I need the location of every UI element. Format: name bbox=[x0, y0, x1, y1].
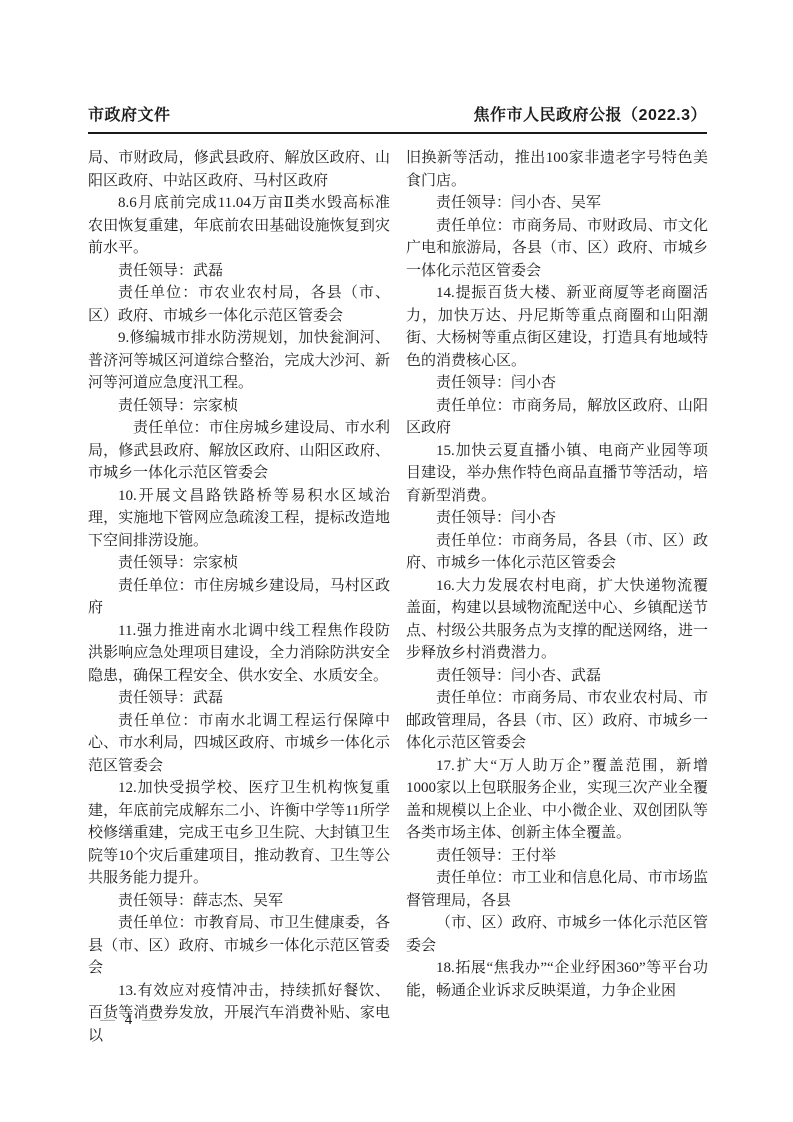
page-number-right-dash: — bbox=[142, 1012, 157, 1028]
paragraph: 责任单位：市教育局、市卫生健康委，各县（市、区）政府、市城乡一体化示范区管委会 bbox=[88, 912, 390, 980]
paragraph: 10.开展文昌路铁路桥等易积水区域治理，实施地下管网应急疏浚工程，提标改造地下空… bbox=[88, 485, 390, 553]
paragraph: 责任领导：闫小杏、吴军 bbox=[406, 192, 708, 215]
page-header: 市政府文件 焦作市人民政府公报（2022.3） bbox=[88, 102, 707, 134]
page-number-left-dash: — bbox=[100, 1012, 115, 1028]
paragraph: 责任单位：市住房城乡建设局，马村区政府 bbox=[88, 575, 390, 620]
paragraph: 18.拓展“焦我办”“企业纾困360”等平台功能，畅通企业诉求反映渠道，力争企业… bbox=[406, 957, 708, 1002]
paragraph: 责任领导：闫小杏、武磊 bbox=[406, 665, 708, 688]
paragraph: 14.提振百货大楼、新亚商厦等老商圈活力，加快万达、丹尼斯等重点商圈和山阳潮街、… bbox=[406, 282, 708, 372]
paragraph: 责任领导：宗家桢 bbox=[88, 395, 390, 418]
paragraph: 局、市财政局，修武县政府、解放区政府、山阳区政府、中站区政府、马村区政府 bbox=[88, 147, 390, 192]
paragraph: 责任领导：王付举 bbox=[406, 845, 708, 868]
paragraph: 9.修编城市排水防涝规划，加快瓮涧河、普济河等城区河道综合整治，完成大沙河、新河… bbox=[88, 327, 390, 395]
paragraph: 责任单位：市住房城乡建设局、市水利局，修武县政府、解放区政府、山阳区政府、市城乡… bbox=[88, 417, 390, 485]
document-body: 局、市财政局，修武县政府、解放区政府、山阳区政府、中站区政府、马村区政府8.6月… bbox=[88, 147, 708, 1047]
paragraph: 8.6月底前完成11.04万亩Ⅱ类水毁高标准农田恢复重建，年底前农田基础设施恢复… bbox=[88, 192, 390, 260]
paragraph: 责任单位：市商务局、市农业农村局、市邮政管理局，各县（市、区）政府、市城乡一体化… bbox=[406, 687, 708, 755]
paragraph: 责任领导：薛志杰、吴军 bbox=[88, 890, 390, 913]
paragraph: 责任单位：市南水北调工程运行保障中心、市水利局，四城区政府、市城乡一体化示范区管… bbox=[88, 710, 390, 778]
header-right-title: 焦作市人民政府公报（2022.3） bbox=[474, 102, 707, 125]
paragraph: （市、区）政府、市城乡一体化示范区管委会 bbox=[406, 912, 708, 957]
right-column: 旧换新等活动，推出100家非遗老字号特色美食门店。责任领导：闫小杏、吴军责任单位… bbox=[406, 147, 708, 1047]
paragraph: 责任单位：市工业和信息化局、市市场监督管理局，各县 bbox=[406, 867, 708, 912]
paragraph: 15.加快云夏直播小镇、电商产业园等项目建设，举办焦作特色商品直播节等活动，培育… bbox=[406, 440, 708, 508]
paragraph: 责任领导：闫小杏 bbox=[406, 372, 708, 395]
paragraph: 责任单位：市商务局，各县（市、区）政府、市城乡一体化示范区管委会 bbox=[406, 530, 708, 575]
page-number: — 4 — bbox=[100, 1009, 157, 1031]
paragraph: 11.强力推进南水北调中线工程焦作段防洪影响应急处理项目建设，全力消除防洪安全隐… bbox=[88, 620, 390, 688]
paragraph: 责任领导：宗家桢 bbox=[88, 552, 390, 575]
paragraph: 16.大力发展农村电商，扩大快递物流覆盖面，构建以县域物流配送中心、乡镇配送节点… bbox=[406, 575, 708, 665]
paragraph: 责任单位：市商务局、市财政局、市文化广电和旅游局，各县（市、区）政府、市城乡一体… bbox=[406, 215, 708, 283]
paragraph: 责任领导：武磊 bbox=[88, 260, 390, 283]
paragraph: 责任单位：市商务局，解放区政府、山阳区政府 bbox=[406, 395, 708, 440]
paragraph: 责任单位：市农业农村局，各县（市、区）政府、市城乡一体化示范区管委会 bbox=[88, 282, 390, 327]
paragraph: 责任领导：闫小杏 bbox=[406, 507, 708, 530]
page-number-value: 4 bbox=[125, 1012, 133, 1028]
left-column: 局、市财政局，修武县政府、解放区政府、山阳区政府、中站区政府、马村区政府8.6月… bbox=[88, 147, 390, 1047]
paragraph: 12.加快受损学校、医疗卫生机构恢复重建，年底前完成解东二小、许衡中学等11所学… bbox=[88, 777, 390, 890]
paragraph: 旧换新等活动，推出100家非遗老字号特色美食门店。 bbox=[406, 147, 708, 192]
paragraph: 17.扩大“万人助万企”覆盖范围，新增1000家以上包联服务企业，实现三次产业全… bbox=[406, 755, 708, 845]
gazette-page: 市政府文件 焦作市人民政府公报（2022.3） 局、市财政局，修武县政府、解放区… bbox=[0, 0, 793, 1122]
paragraph: 责任领导：武磊 bbox=[88, 687, 390, 710]
header-left-title: 市政府文件 bbox=[88, 102, 171, 125]
